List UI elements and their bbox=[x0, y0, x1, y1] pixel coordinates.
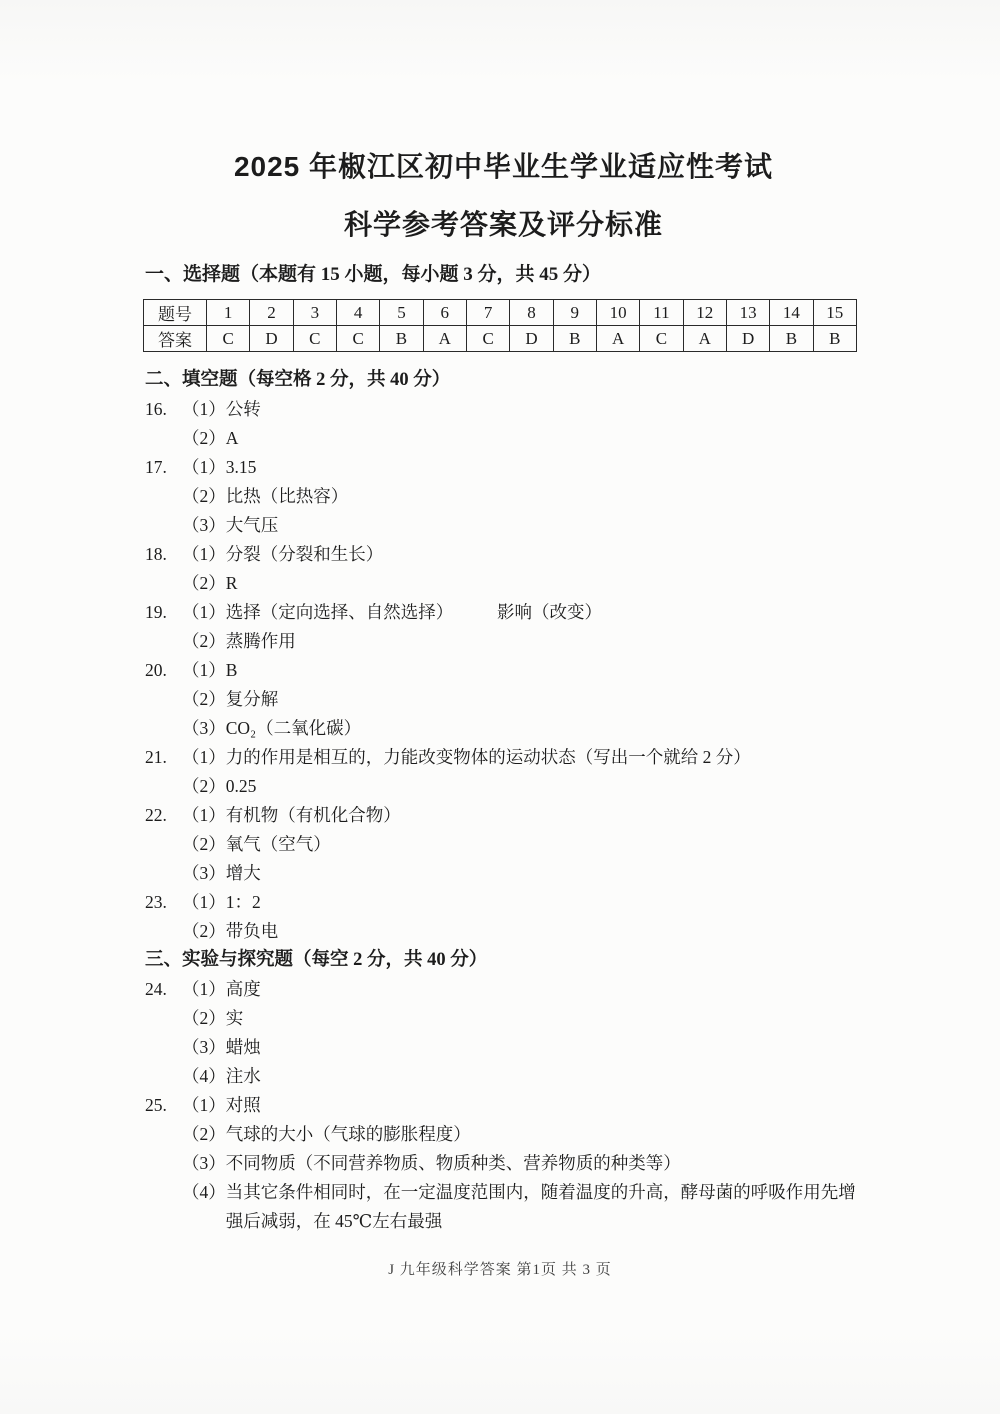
question-number-cell: 14 bbox=[770, 300, 813, 326]
multiple-choice-answer-table: 题号 123456789101112131415 答案 CDCCBACDBACA… bbox=[143, 299, 857, 352]
question-number-cell: 3 bbox=[293, 300, 336, 326]
document-page: 2025 年椒江区初中毕业生学业适应性考试 科学参考答案及评分标准 一、选择题（… bbox=[0, 0, 1000, 1414]
answer-text: CO₂（二氧化碳） bbox=[226, 714, 872, 743]
section-heading-multiple-choice: 一、选择题（本题有 15 小题，每小题 3 分，共 45 分） bbox=[145, 262, 872, 288]
question-number: 23. bbox=[145, 888, 182, 917]
answer-text: 选择（定向选择、自然选择） 影响（改变） bbox=[226, 598, 872, 627]
answer-line: （3）大气压 bbox=[145, 511, 872, 540]
blank-number: （2） bbox=[182, 1120, 226, 1149]
question-number-cell: 9 bbox=[553, 300, 596, 326]
answers-body: 二、填空题（每空格 2 分，共 40 分）16.（1）公转（2）A17.（1）3… bbox=[145, 366, 872, 1236]
blank-number: （1） bbox=[182, 888, 226, 917]
answer-cell: C bbox=[466, 326, 509, 352]
answer-row-header: 答案 bbox=[144, 326, 207, 352]
blank-number: （4） bbox=[182, 1178, 226, 1207]
answer-line: 20.（1）B bbox=[145, 656, 872, 685]
answer-cell: B bbox=[770, 326, 813, 352]
blank-number: （2） bbox=[182, 685, 226, 714]
answer-text: 蜡烛 bbox=[226, 1033, 872, 1062]
section-heading: 二、填空题（每空格 2 分，共 40 分） bbox=[145, 366, 872, 395]
answer-line: （2）比热（比热容） bbox=[145, 482, 872, 511]
answer-cell: B bbox=[553, 326, 596, 352]
answer-text: 带负电 bbox=[226, 917, 872, 946]
answer-text: 大气压 bbox=[226, 511, 872, 540]
answer-line: （2）R bbox=[145, 569, 872, 598]
answer-text: 高度 bbox=[226, 975, 872, 1004]
question-number-cell: 7 bbox=[466, 300, 509, 326]
answer-line: （3）蜡烛 bbox=[145, 1033, 872, 1062]
blank-number: （3） bbox=[182, 1033, 226, 1062]
answer-text: 当其它条件相同时，在一定温度范围内，随着温度的升高，酵母菌的呼吸作用先增强后减弱… bbox=[226, 1178, 872, 1236]
question-number: 22. bbox=[145, 801, 182, 830]
answer-text: B bbox=[226, 656, 872, 685]
section-heading: 三、实验与探究题（每空 2 分，共 40 分） bbox=[145, 946, 872, 975]
answer-text: 有机物（有机化合物） bbox=[226, 801, 872, 830]
blank-number: （2） bbox=[182, 830, 226, 859]
answer-line: （2）气球的大小（气球的膨胀程度） bbox=[145, 1120, 872, 1149]
blank-number: （2） bbox=[182, 482, 226, 511]
blank-number: （3） bbox=[182, 714, 226, 743]
question-number: 17. bbox=[145, 453, 182, 482]
question-number-cell: 12 bbox=[683, 300, 726, 326]
blank-number: （1） bbox=[182, 656, 226, 685]
answer-row: 答案 CDCCBACDBACADBB bbox=[144, 326, 857, 352]
blank-number: （3） bbox=[182, 859, 226, 888]
question-number: 16. bbox=[145, 395, 182, 424]
blank-number: （4） bbox=[182, 1062, 226, 1091]
blank-number: （2） bbox=[182, 917, 226, 946]
answer-line: 23.（1）1：2 bbox=[145, 888, 872, 917]
answer-text: 0.25 bbox=[226, 772, 872, 801]
question-number: 24. bbox=[145, 975, 182, 1004]
answer-cell: A bbox=[683, 326, 726, 352]
answer-cell: C bbox=[207, 326, 250, 352]
answer-text: 蒸腾作用 bbox=[226, 627, 872, 656]
answer-line: （4）当其它条件相同时，在一定温度范围内，随着温度的升高，酵母菌的呼吸作用先增强… bbox=[145, 1178, 872, 1236]
blank-number: （1） bbox=[182, 598, 226, 627]
answer-cell: D bbox=[726, 326, 769, 352]
answer-line: 24.（1）高度 bbox=[145, 975, 872, 1004]
answer-line: （2）实 bbox=[145, 1004, 872, 1033]
answer-line: （2）带负电 bbox=[145, 917, 872, 946]
question-number-cell: 8 bbox=[510, 300, 553, 326]
answer-cell: C bbox=[293, 326, 336, 352]
question-number: 19. bbox=[145, 598, 182, 627]
answer-cell: C bbox=[336, 326, 379, 352]
question-number-row-header: 题号 bbox=[144, 300, 207, 326]
blank-number: （1） bbox=[182, 975, 226, 1004]
answer-line: 19.（1）选择（定向选择、自然选择） 影响（改变） bbox=[145, 598, 872, 627]
answer-line: （2）复分解 bbox=[145, 685, 872, 714]
blank-number: （2） bbox=[182, 569, 226, 598]
document-subtitle: 科学参考答案及评分标准 bbox=[135, 208, 872, 242]
answer-text: 比热（比热容） bbox=[226, 482, 872, 511]
question-number-cell: 2 bbox=[250, 300, 293, 326]
question-number: 20. bbox=[145, 656, 182, 685]
answer-cell: A bbox=[596, 326, 639, 352]
answer-cell: C bbox=[640, 326, 683, 352]
answer-line: 16.（1）公转 bbox=[145, 395, 872, 424]
blank-number: （3） bbox=[182, 1149, 226, 1178]
blank-number: （2） bbox=[182, 424, 226, 453]
question-number-cell: 6 bbox=[423, 300, 466, 326]
answer-line: （4）注水 bbox=[145, 1062, 872, 1091]
blank-number: （2） bbox=[182, 627, 226, 656]
blank-number: （1） bbox=[182, 1091, 226, 1120]
answer-line: 21.（1）力的作用是相互的，力能改变物体的运动状态（写出一个就给 2 分） bbox=[145, 743, 872, 772]
answer-line: （3）不同物质（不同营养物质、物质种类、营养物质的种类等） bbox=[145, 1149, 872, 1178]
question-number: 21. bbox=[145, 743, 182, 772]
answer-text: 分裂（分裂和生长） bbox=[226, 540, 872, 569]
blank-number: （3） bbox=[182, 511, 226, 540]
question-number-row: 题号 123456789101112131415 bbox=[144, 300, 857, 326]
blank-number: （1） bbox=[182, 453, 226, 482]
answer-text: 气球的大小（气球的膨胀程度） bbox=[226, 1120, 872, 1149]
answer-line: （2）0.25 bbox=[145, 772, 872, 801]
blank-number: （1） bbox=[182, 801, 226, 830]
answer-cell: D bbox=[510, 326, 553, 352]
answer-text: 3.15 bbox=[226, 453, 872, 482]
answer-line: （3）CO₂（二氧化碳） bbox=[145, 714, 872, 743]
answer-cell: B bbox=[380, 326, 423, 352]
answer-text: 氧气（空气） bbox=[226, 830, 872, 859]
blank-number: （1） bbox=[182, 540, 226, 569]
question-number-cell: 5 bbox=[380, 300, 423, 326]
answer-cell: B bbox=[813, 326, 856, 352]
answer-text: 复分解 bbox=[226, 685, 872, 714]
answer-text: R bbox=[226, 569, 872, 598]
question-number-cell: 13 bbox=[726, 300, 769, 326]
answer-text: A bbox=[226, 424, 872, 453]
blank-number: （1） bbox=[182, 743, 226, 772]
answer-line: （2）蒸腾作用 bbox=[145, 627, 872, 656]
answer-line: （3）增大 bbox=[145, 859, 872, 888]
page-footer: J 九年级科学答案 第1页 共 3 页 bbox=[0, 1258, 1000, 1279]
blank-number: （1） bbox=[182, 395, 226, 424]
document-title: 2025 年椒江区初中毕业生学业适应性考试 bbox=[135, 150, 872, 184]
question-number-cell: 10 bbox=[596, 300, 639, 326]
answer-line: 22.（1）有机物（有机化合物） bbox=[145, 801, 872, 830]
answer-line: （2）A bbox=[145, 424, 872, 453]
answer-text: 实 bbox=[226, 1004, 872, 1033]
answer-cell: A bbox=[423, 326, 466, 352]
answer-text: 力的作用是相互的，力能改变物体的运动状态（写出一个就给 2 分） bbox=[226, 743, 872, 772]
answer-line: （2）氧气（空气） bbox=[145, 830, 872, 859]
answer-text: 不同物质（不同营养物质、物质种类、营养物质的种类等） bbox=[226, 1149, 872, 1178]
question-number: 25. bbox=[145, 1091, 182, 1120]
answer-cell: D bbox=[250, 326, 293, 352]
blank-number: （2） bbox=[182, 772, 226, 801]
answer-line: 17.（1）3.15 bbox=[145, 453, 872, 482]
answer-line: 25.（1）对照 bbox=[145, 1091, 872, 1120]
answer-text: 公转 bbox=[226, 395, 872, 424]
answer-text: 增大 bbox=[226, 859, 872, 888]
answer-text: 1：2 bbox=[226, 888, 872, 917]
question-number-cell: 4 bbox=[336, 300, 379, 326]
question-number-cell: 11 bbox=[640, 300, 683, 326]
question-number-cell: 1 bbox=[207, 300, 250, 326]
question-number-cell: 15 bbox=[813, 300, 856, 326]
blank-number: （2） bbox=[182, 1004, 226, 1033]
answer-text: 注水 bbox=[226, 1062, 872, 1091]
answer-text: 对照 bbox=[226, 1091, 872, 1120]
question-number: 18. bbox=[145, 540, 182, 569]
answer-line: 18.（1）分裂（分裂和生长） bbox=[145, 540, 872, 569]
